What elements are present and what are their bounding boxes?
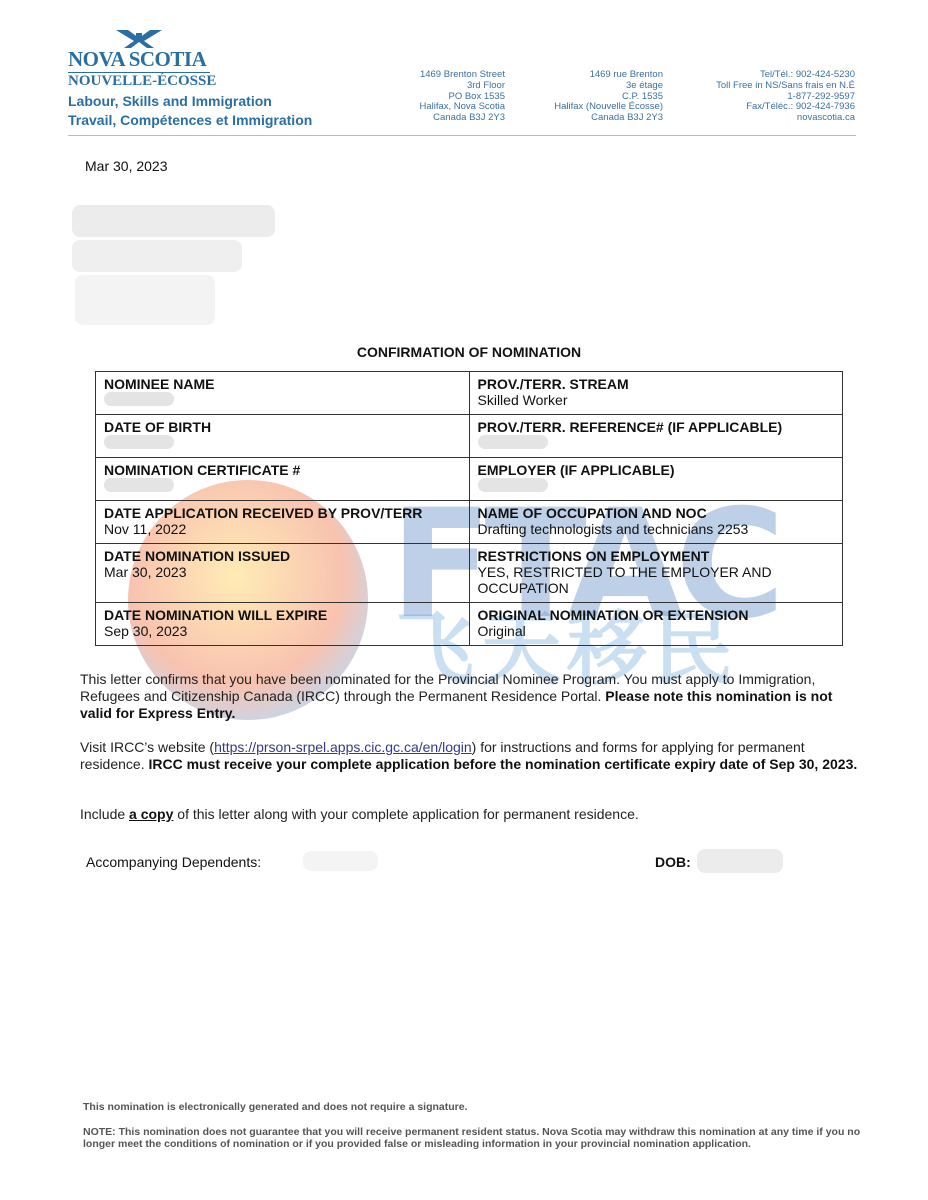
table-row: NOMINATION CERTIFICATE #EMPLOYER (IF APP… (96, 458, 843, 501)
field-label: NOMINATION CERTIFICATE # (104, 462, 461, 478)
field-value (104, 435, 461, 452)
address-line: Toll Free in NS/Sans frais en N.É (716, 81, 855, 92)
letter-date: Mar 30, 2023 (85, 158, 168, 174)
table-cell: NOMINEE NAME (96, 372, 470, 415)
header-divider (68, 135, 856, 136)
field-value (104, 478, 461, 495)
field-value (104, 392, 461, 409)
field-value: Nov 11, 2022 (104, 521, 461, 537)
table-row: DATE NOMINATION WILL EXPIRESep 30, 2023O… (96, 603, 843, 646)
logo-name-fr: NOUVELLE-ÉCOSSE (68, 73, 216, 90)
nomination-table: NOMINEE NAMEPROV./TERR. STREAMSkilled Wo… (95, 371, 843, 646)
table-cell: DATE NOMINATION WILL EXPIRESep 30, 2023 (96, 603, 470, 646)
field-value: Sep 30, 2023 (104, 623, 461, 639)
field-label: ORIGINAL NOMINATION OR EXTENSION (478, 607, 835, 623)
field-value: YES, RESTRICTED TO THE EMPLOYER AND OCCU… (478, 564, 835, 596)
address-french: 1469 rue Brenton3e étageC.P. 1535Halifax… (554, 70, 663, 124)
address-line: novascotia.ca (716, 113, 855, 124)
address-line: 3e étage (554, 81, 663, 92)
table-row: NOMINEE NAMEPROV./TERR. STREAMSkilled Wo… (96, 372, 843, 415)
field-label: PROV./TERR. STREAM (478, 376, 835, 392)
table-row: DATE NOMINATION ISSUEDMar 30, 2023RESTRI… (96, 544, 843, 603)
redacted-value (104, 392, 174, 406)
table-row: DATE APPLICATION RECEIVED BY PROV/TERRNo… (96, 501, 843, 544)
contact-info: Tel/Tél.: 902-424-5230Toll Free in NS/Sa… (716, 70, 855, 124)
paragraph-text: Visit IRCC’s website ( (80, 739, 214, 755)
document-title: CONFIRMATION OF NOMINATION (0, 344, 928, 360)
address-english: 1469 Brenton Street3rd FloorPO Box 1535H… (419, 70, 505, 124)
field-value (478, 478, 835, 495)
field-label: EMPLOYER (IF APPLICABLE) (478, 462, 835, 478)
dependents-label: Accompanying Dependents: (86, 854, 261, 870)
table-cell: EMPLOYER (IF APPLICABLE) (469, 458, 843, 501)
field-value: Original (478, 623, 835, 639)
field-label: DATE OF BIRTH (104, 419, 461, 435)
table-cell: PROV./TERR. STREAMSkilled Worker (469, 372, 843, 415)
field-label: RESTRICTIONS ON EMPLOYMENT (478, 548, 835, 564)
table-cell: DATE NOMINATION ISSUEDMar 30, 2023 (96, 544, 470, 603)
disclaimer-note: NOTE: This nomination does not guarantee… (83, 1126, 863, 1150)
dependents-redacted (303, 851, 378, 871)
confirmation-paragraph: This letter confirms that you have been … (80, 671, 860, 722)
field-value: Mar 30, 2023 (104, 564, 461, 580)
department-fr: Travail, Compétences et Immigration (68, 111, 312, 130)
table-cell: NAME OF OCCUPATION AND NOCDrafting techn… (469, 501, 843, 544)
field-label: DATE NOMINATION ISSUED (104, 548, 461, 564)
signature-note: This nomination is electronically genera… (83, 1101, 863, 1113)
paragraph-text: Include (80, 806, 129, 822)
table-cell: RESTRICTIONS ON EMPLOYMENTYES, RESTRICTE… (469, 544, 843, 603)
field-value: Drafting technologists and technicians 2… (478, 521, 835, 537)
field-value: Skilled Worker (478, 392, 835, 408)
dob-label: DOB: (655, 854, 691, 870)
table-row: DATE OF BIRTHPROV./TERR. REFERENCE# (IF … (96, 415, 843, 458)
expiry-deadline-note: IRCC must receive your complete applicat… (148, 756, 857, 772)
include-copy-paragraph: Include a copy of this letter along with… (80, 806, 860, 823)
department: Labour, Skills and Immigration Travail, … (68, 92, 312, 130)
field-label: DATE APPLICATION RECEIVED BY PROV/TERR (104, 505, 461, 521)
table-cell: ORIGINAL NOMINATION OR EXTENSIONOriginal (469, 603, 843, 646)
address-line: 3rd Floor (419, 81, 505, 92)
table-cell: DATE APPLICATION RECEIVED BY PROV/TERRNo… (96, 501, 470, 544)
redacted-value (104, 478, 174, 492)
redacted-value (478, 435, 548, 449)
paragraph-text: of this letter along with your complete … (173, 806, 638, 822)
dob-redacted (697, 849, 783, 873)
field-label: NOMINEE NAME (104, 376, 461, 392)
address-line: Canada B3J 2Y3 (554, 113, 663, 124)
redacted-value (104, 435, 174, 449)
redacted-value (478, 478, 548, 492)
logo-name: NOVA SCOTIA (68, 47, 206, 72)
table-cell: DATE OF BIRTH (96, 415, 470, 458)
ircc-portal-link[interactable]: https://prson-srpel.apps.cic.gc.ca/en/lo… (214, 739, 472, 755)
field-label: PROV./TERR. REFERENCE# (IF APPLICABLE) (478, 419, 835, 435)
department-en: Labour, Skills and Immigration (68, 92, 312, 111)
ircc-paragraph: Visit IRCC’s website (https://prson-srpe… (80, 739, 860, 773)
address-line: Canada B3J 2Y3 (419, 113, 505, 124)
field-label: DATE NOMINATION WILL EXPIRE (104, 607, 461, 623)
table-cell: PROV./TERR. REFERENCE# (IF APPLICABLE) (469, 415, 843, 458)
field-label: NAME OF OCCUPATION AND NOC (478, 505, 835, 521)
field-value (478, 435, 835, 452)
a-copy-emphasis: a copy (129, 806, 173, 822)
table-cell: NOMINATION CERTIFICATE # (96, 458, 470, 501)
